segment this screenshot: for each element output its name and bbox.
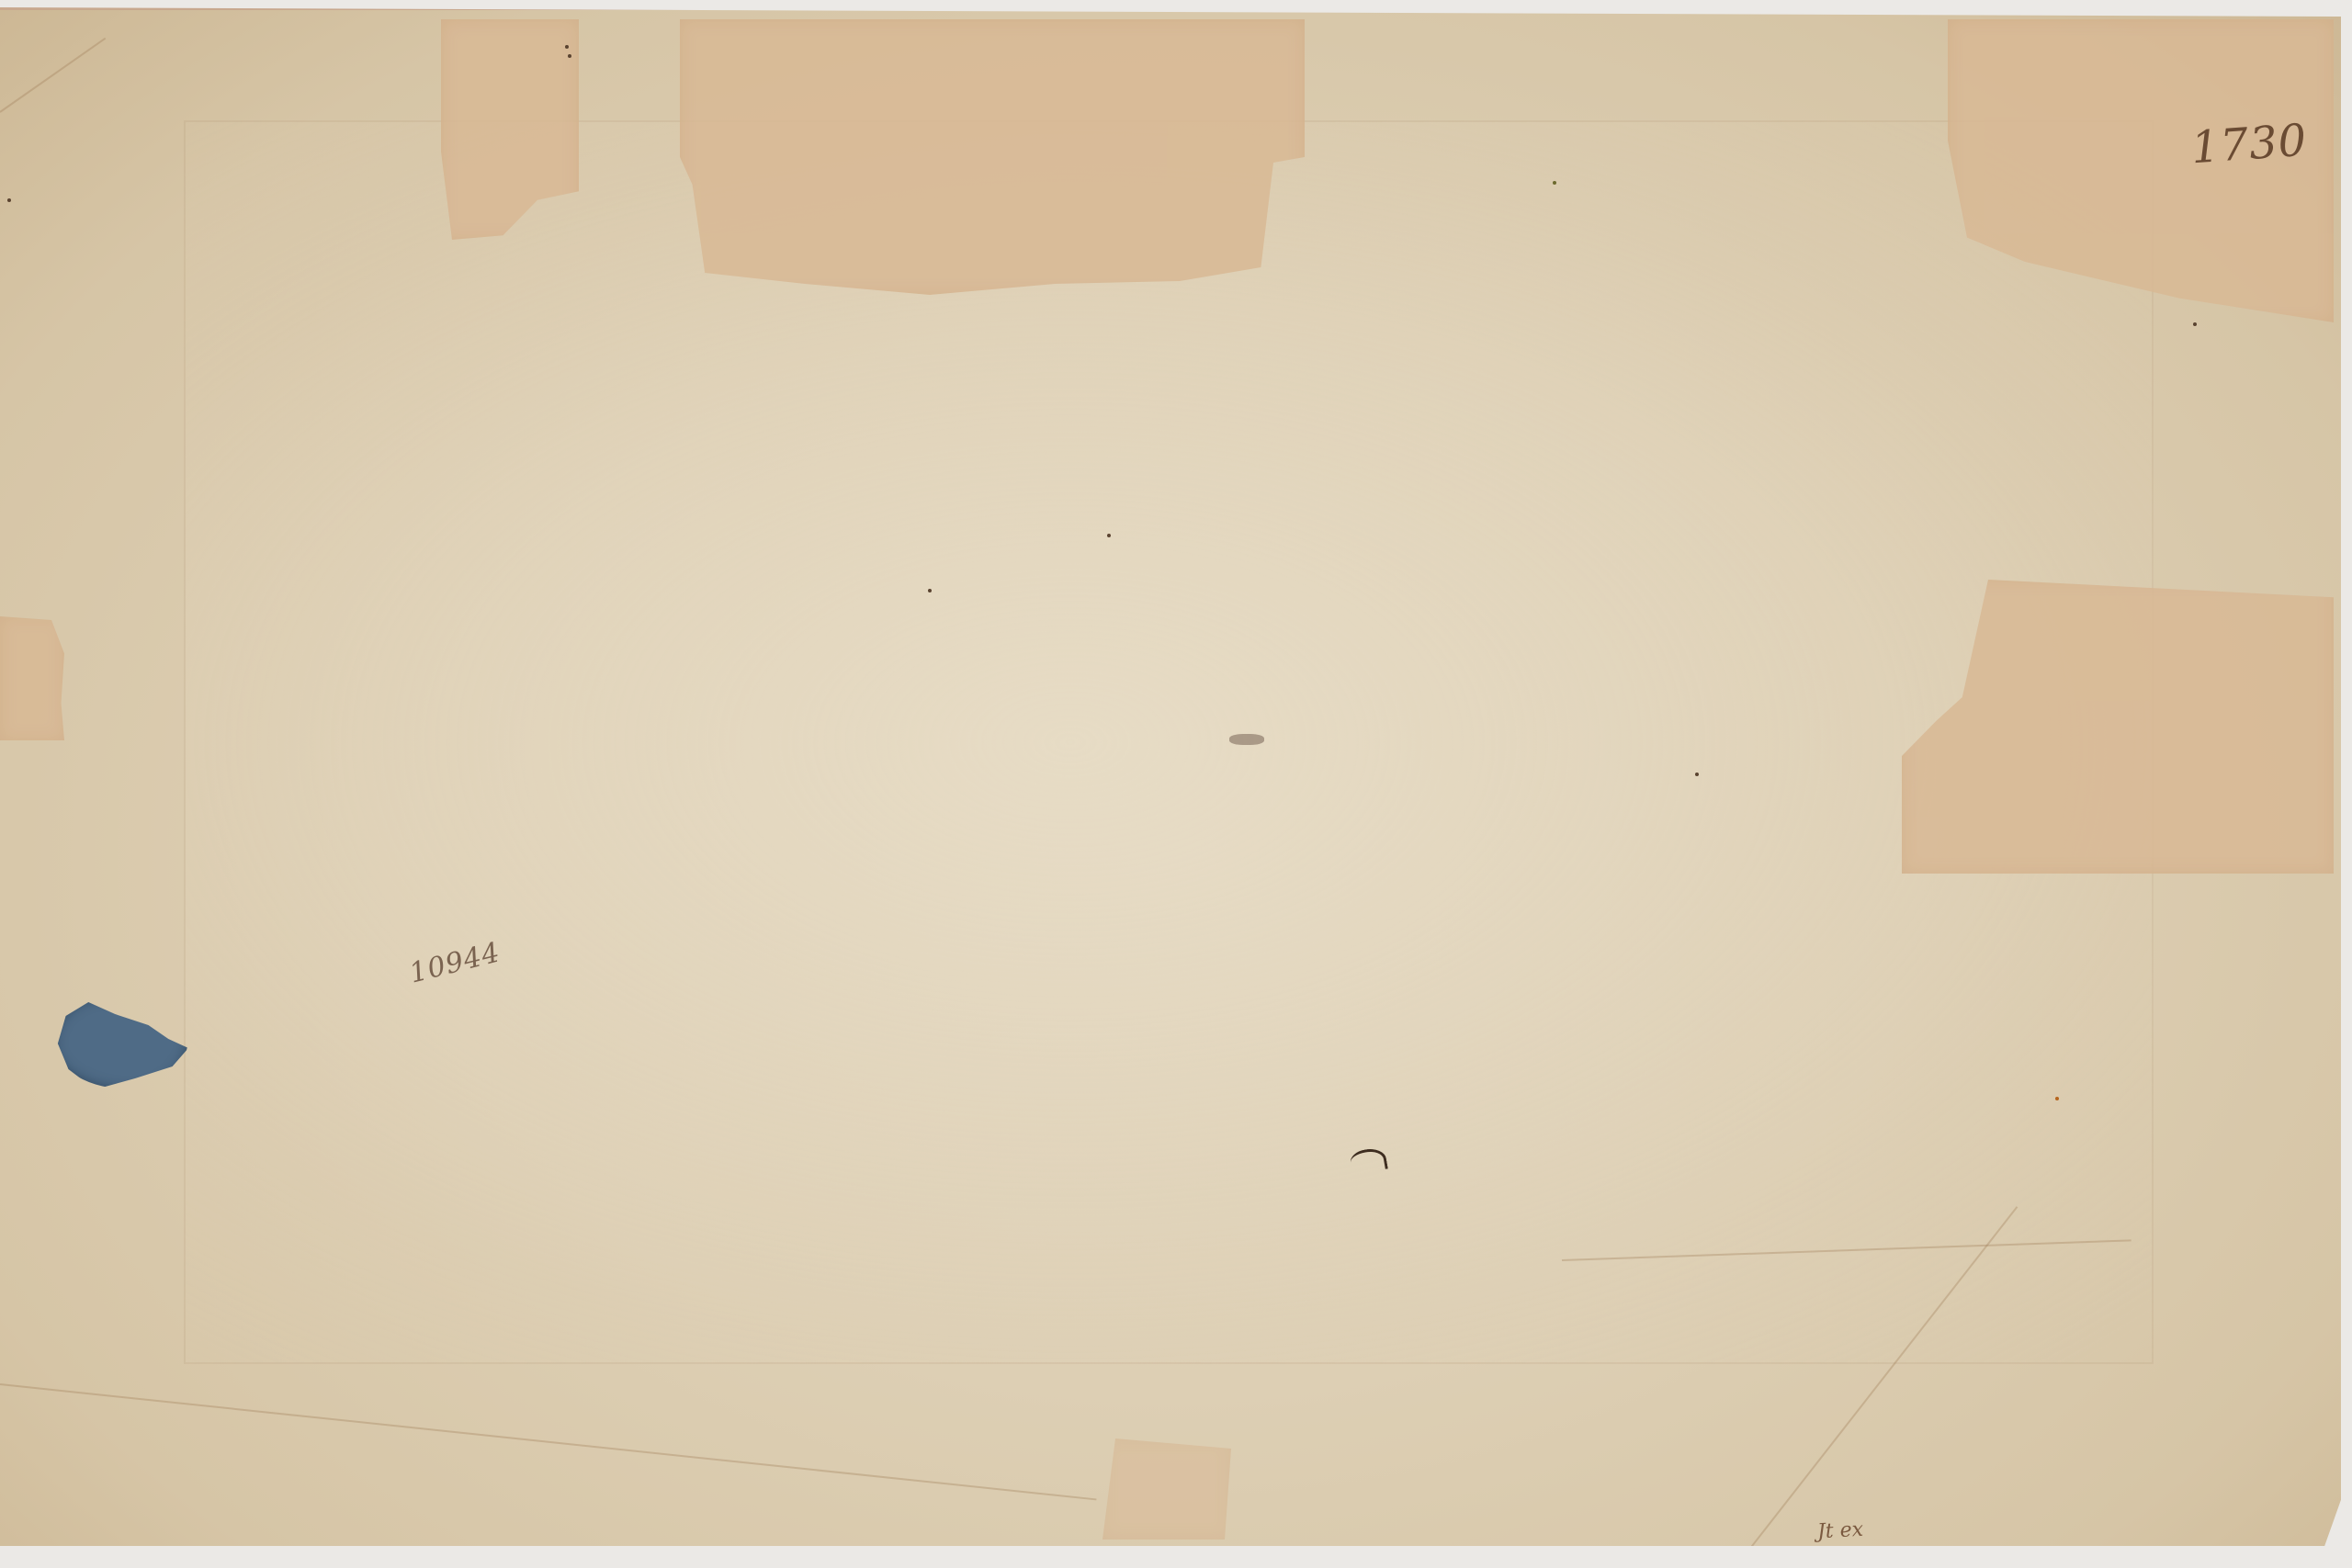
pencil-smudge (1229, 734, 1264, 745)
plate-mark (184, 120, 2154, 1364)
blue-ink-blot (55, 998, 188, 1089)
crease-line (0, 1383, 1097, 1500)
speck (1695, 773, 1699, 776)
speck (2193, 322, 2197, 326)
crease-line (0, 38, 106, 113)
handwritten-note-bottom: Jt ex (1816, 1518, 1863, 1544)
paper-sheet: 1730 10944 Jt ex (0, 7, 2341, 1546)
tape-remnant-bottom (1102, 1438, 1231, 1540)
photo-scene: 1730 10944 Jt ex (0, 0, 2352, 1568)
speck (928, 589, 932, 592)
handwritten-number-top-right: 1730 (2189, 115, 2309, 175)
speck (565, 45, 569, 49)
speck (568, 54, 571, 58)
speck (2055, 1097, 2059, 1100)
tape-remnant-top-center (680, 19, 1305, 295)
speck (7, 198, 11, 202)
tape-remnant-left (0, 616, 64, 740)
speck (1107, 534, 1111, 537)
speck (1553, 181, 1556, 185)
